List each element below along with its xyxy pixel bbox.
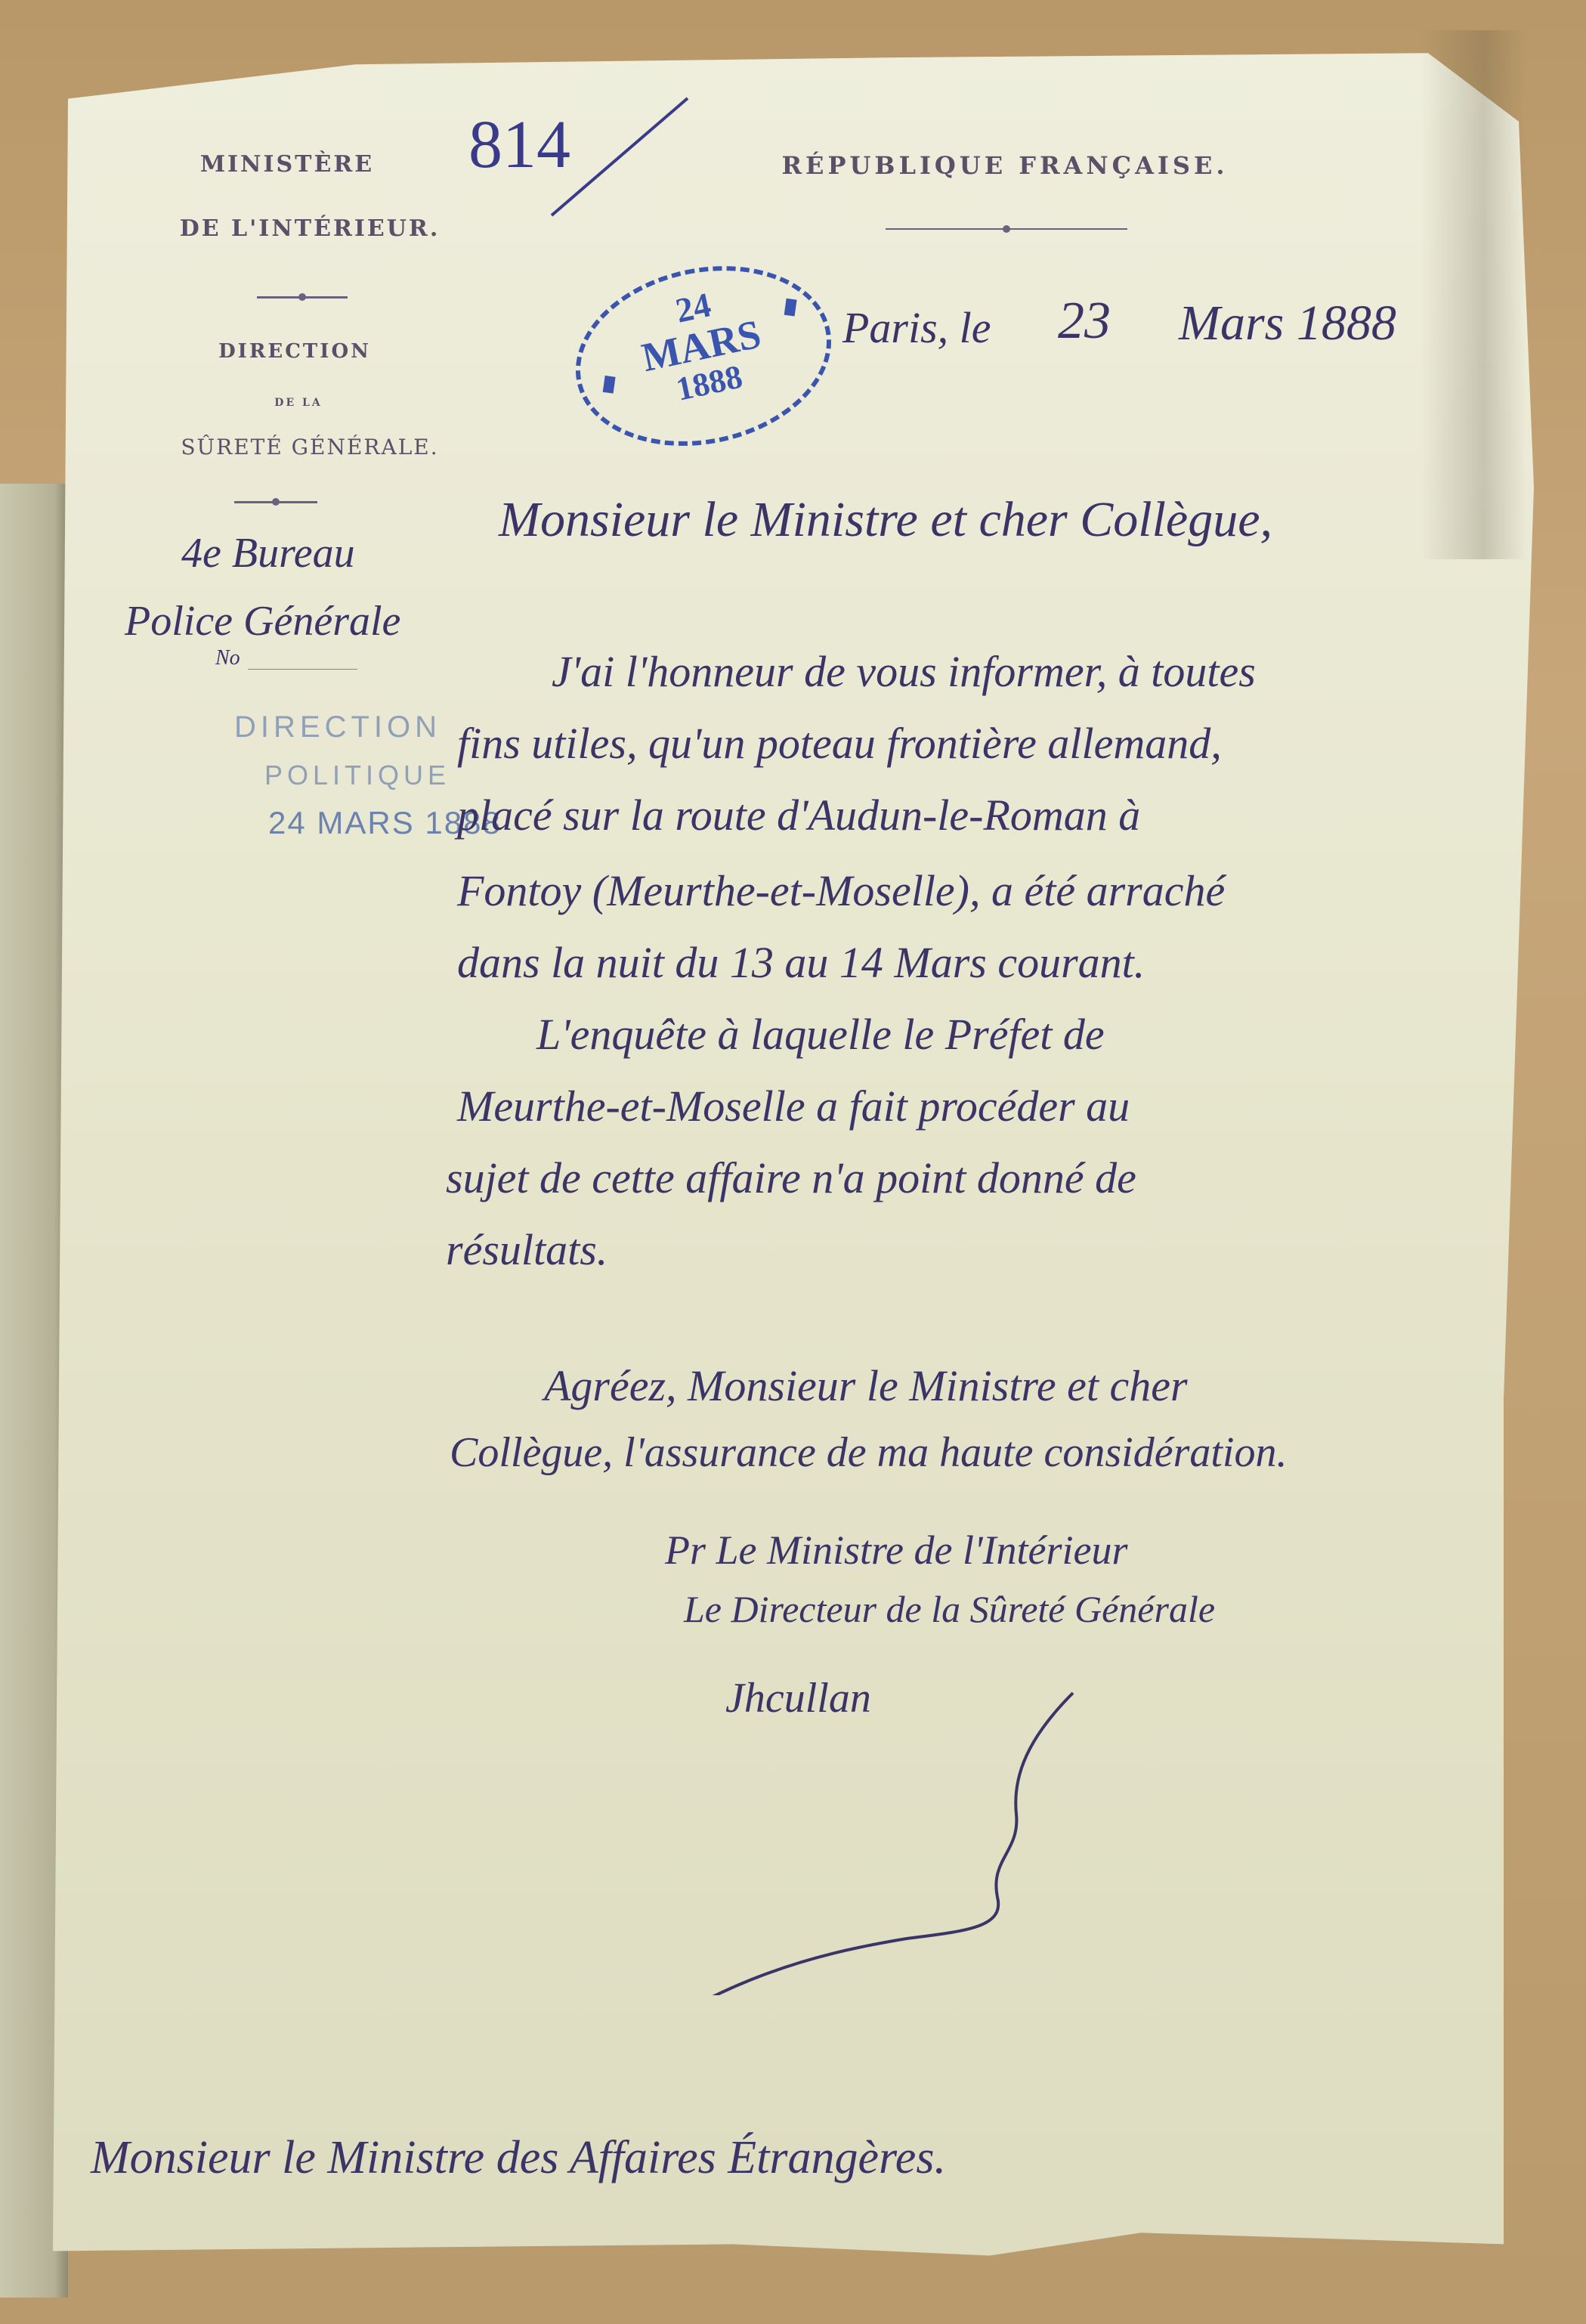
dateline-place: Paris, le [842, 302, 991, 353]
ornamental-rule [886, 228, 1127, 230]
signature-title-line2: Le Directeur de la Sûreté Générale [684, 1587, 1215, 1631]
body-line: sujet de cette affaire n'a point donné d… [446, 1153, 1136, 1203]
body-line: J'ai l'honneur de vous informer, à toute… [552, 646, 1256, 697]
office-number-label: No [215, 646, 240, 670]
body-line: placé sur la route d'Audun-le-Roman à [457, 790, 1140, 840]
letterhead-direction: DIRECTION [212, 340, 378, 363]
addressee: Monsieur le Ministre des Affaires Étrang… [91, 2131, 946, 2185]
annotation-stroke [544, 91, 695, 227]
letterhead-republique: RÉPUBLIQUE FRANÇAISE. [703, 151, 1307, 180]
dateline-day: 23 [1058, 291, 1111, 351]
dateline-month-year: Mars 1888 [1179, 295, 1396, 352]
office-bureau: 4e Bureau [181, 529, 355, 577]
ornamental-rule [234, 501, 317, 503]
stamp-direction-politique-line1: DIRECTION [234, 710, 441, 744]
number-line [248, 669, 357, 670]
body-line: Fontoy (Meurthe-et-Moselle), a été arrac… [457, 865, 1225, 916]
body-line: résultats. [446, 1224, 608, 1275]
body-line: dans la nuit du 13 au 14 Mars courant. [457, 937, 1145, 988]
stamp-direction-politique-line2: POLITIQUE [264, 760, 450, 791]
letterhead-interieur: DE L'INTÉRIEUR. [121, 215, 499, 242]
office-section: Police Générale [125, 597, 400, 645]
body-line: Meurthe-et-Moselle a fait procéder au [457, 1081, 1130, 1131]
letterhead-de-la: DE LA [242, 397, 355, 409]
body-line: L'enquête à laquelle le Préfet de [536, 1009, 1105, 1060]
folded-corner-shadow [1421, 30, 1526, 559]
letterhead-surete: SÛRETÉ GÉNÉRALE. [151, 435, 468, 460]
ornamental-rule [257, 296, 348, 299]
closing-line: Agréez, Monsieur le Ministre et cher [544, 1360, 1188, 1411]
body-line: fins utiles, qu'un poteau frontière alle… [457, 718, 1222, 769]
signature-title-line1: Pr Le Ministre de l'Intérieur [665, 1527, 1127, 1574]
closing-line: Collègue, l'assurance de ma haute consid… [450, 1428, 1288, 1477]
letterhead-ministere: MINISTÈRE [189, 151, 385, 178]
salutation: Monsieur le Ministre et cher Collègue, [499, 491, 1272, 549]
signature-flourish [544, 1678, 1375, 1995]
